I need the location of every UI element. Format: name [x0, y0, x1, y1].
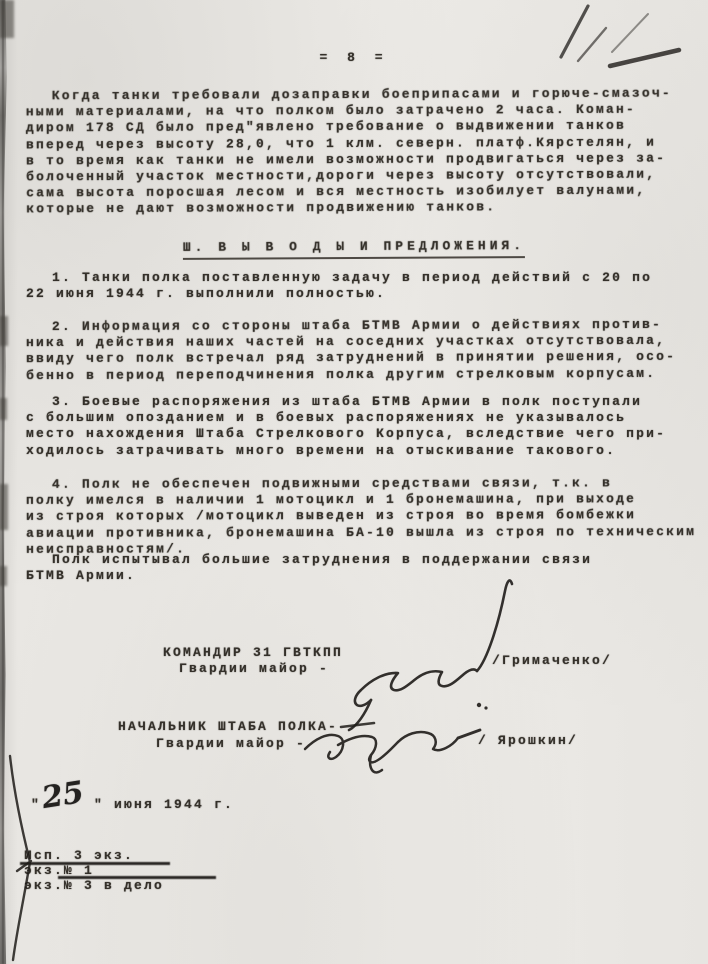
- pen-stroke-top-right: [610, 50, 679, 66]
- pen-stroke-top-right: [561, 6, 588, 57]
- scanned-document-page: = 8 = Когда танки требовали дозаправки б…: [0, 0, 708, 964]
- commander-signature-scrawl: [349, 580, 512, 730]
- margin-pen-line: [10, 756, 31, 960]
- pen-stroke-top-right: [578, 28, 606, 61]
- pen-stroke-top-right: [612, 14, 648, 52]
- chief-of-staff-signature-scrawl: [305, 730, 480, 772]
- handwriting-overlay: [0, 0, 708, 964]
